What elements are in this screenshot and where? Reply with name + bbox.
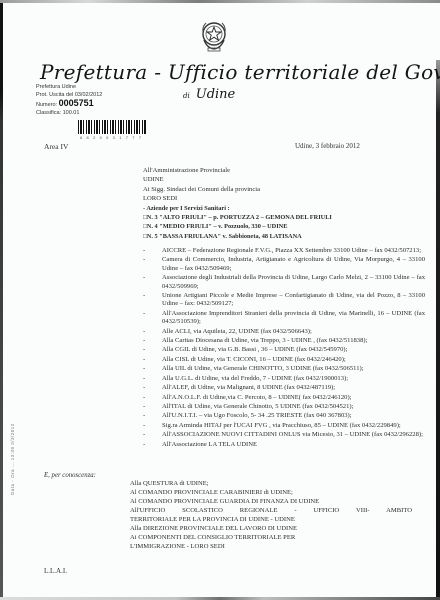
list-item: Camera di Commercio, Industria, Artigian… [143,256,425,273]
stamp-number-label: Numero: [36,102,57,108]
list-item: All'Associazione Imprenditori Stranieri … [143,310,425,327]
office-city: diUdine [183,87,235,102]
cc-line: Al COMANDO PROVINCIALE CARABINIERI di UD… [130,488,412,497]
list-item: Alla CISL di Udine, via T. CICONI, 16 – … [143,356,425,364]
recipient-line: LORO SEDI [143,194,425,203]
list-item: All'Associazione LA TELA UDINE [143,441,425,449]
cc-line: L'IMMIGRAZIONE - LORO SEDI [130,542,412,551]
cc-label: E, per conoscenza: [44,472,96,479]
stamp-number-value: 0005751 [59,98,94,108]
list-item: Sig.ra Arminda HITAJ per l'UCAI FVG , vi… [143,422,425,430]
list-item: All'ALEF, di Udine, via Malignani, 8 UDI… [143,384,425,392]
stamp-office: Prefettura Udine [36,84,102,92]
stamp-number-row: Numero: 0005751 [36,99,102,110]
list-item: All'A.N.O.L.F. di Udine,via C. Percoto, … [143,394,425,402]
italian-republic-emblem-icon [199,18,229,54]
cc-recipients: Alla QUESTURA di UDINE; Al COMANDO PROVI… [130,479,412,551]
cc-line: Ai COMPONENTI DEL CONSIGLIO TERRITORIALE… [130,533,412,542]
recipients-block: All'Amministrazione Provinciale UDINE Ai… [143,166,425,241]
cc-line: TERRITORIALE PER LA PROVINCIA DI UDINE -… [130,515,412,524]
list-item: Associazione degli Industriali della Pro… [143,274,425,291]
list-item: All'ASSOCIAZIONE NUOVI CITTADINI ONLUS v… [143,431,425,439]
list-item: AICCRE – Federazione Regionale F.V.G., P… [143,247,425,255]
cc-line: Alla DIREZIONE PROVINCIALE DEL LAVORO DI… [130,524,412,533]
list-item: All'U.N.I.T.I. – via Ugo Foscolo, 5- 34 … [143,412,425,420]
cc-line: Alla QUESTURA di UDINE; [130,479,412,488]
list-item: All'ITAL di Udine, via Generale Chinotto… [143,403,425,411]
list-item: Unione Artigiani Piccole e Medie Imprese… [143,292,425,309]
health-unit: □N. 5 "BASSA FRIULANA" v. Sabbioneta, 48… [143,232,425,241]
cc-line: Al COMANDO PROVINCIALE GUARDIA DI FINANZ… [130,497,412,506]
city-name: Udine [196,87,236,102]
recipient-line: UDINE [143,175,425,184]
scan-right-edge [436,60,440,597]
scanned-letter-page: Prefettura - Ufficio territoriale del Go… [0,0,440,600]
city-preposition: di [183,92,190,100]
health-unit: □N. 3 "ALTO FRIULI" – p. PORTUZZA 2 – GE… [143,213,425,222]
recipient-line: All'Amministrazione Provinciale [143,166,425,175]
list-item: Alla UIL di Udine, via Generale CHINOTTO… [143,365,425,373]
letter-date: Udine, 3 febbraio 2012 [295,142,360,150]
recipient-line: Ai Sigg. Sindaci dei Comuni della provin… [143,185,425,194]
office-heading: Prefettura - Ufficio territoriale del Go… [40,60,440,84]
area-label: Area IV [44,142,68,151]
list-item: Alla U.G.L. di Udine, via del Freddo, 7 … [143,375,425,383]
list-item: Alle ACLI, via Aquileia, 22, UDINE (fax … [143,328,425,336]
stamp-classification: Classifica: 100.01 [36,110,102,118]
list-item: Alla Caritas Diocesana di Udine, via Tre… [143,337,425,345]
scan-left-edge [0,3,3,597]
scan-top-edge [0,0,440,3]
barcode-digits: 6 8 2 0 5 3 1 7 7 7 [80,135,143,140]
footer-initials: L.L.A.I. [44,567,67,575]
health-unit: □N. 4 "MEDIO FRIULI" – v. Pozzuolo, 330 … [143,222,425,231]
recipients-list: AICCRE – Federazione Regionale F.V.G., P… [143,247,425,450]
side-margin-stamp: Data - Ora ... 13:39 2/3/2012 [10,423,15,495]
health-services-header: - Aziende per I Servizi Sanitari : [143,204,425,213]
list-item: Alla CGIL di Udine, via G.B. Bassi , 36 … [143,346,425,354]
protocol-stamp: Prefettura Udine Prot. Uscita del 03/02/… [36,84,102,118]
cc-line: All'UFFICIO SCOLASTICO REGIONALE - UFFIC… [130,506,412,515]
barcode [78,120,146,134]
